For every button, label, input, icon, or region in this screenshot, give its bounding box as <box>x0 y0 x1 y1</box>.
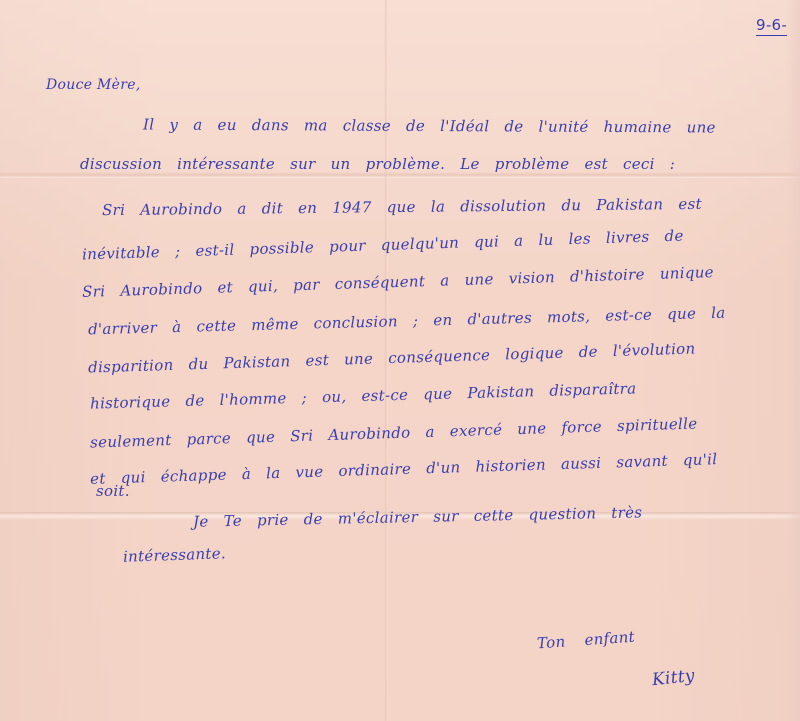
letter-line: Il y a eu dans ma classe de l'Idéal de l… <box>143 118 716 136</box>
letter-date: 9-6- <box>756 18 787 36</box>
letter-signature: Kitty <box>651 668 695 689</box>
paper-edge <box>786 0 800 721</box>
letter-line: discussion intéressante sur un problème.… <box>80 157 675 172</box>
letter-line: soit. <box>96 484 130 499</box>
letter-salutation: Douce Mère, <box>46 78 141 92</box>
letter-line: intéressante. <box>123 546 226 565</box>
